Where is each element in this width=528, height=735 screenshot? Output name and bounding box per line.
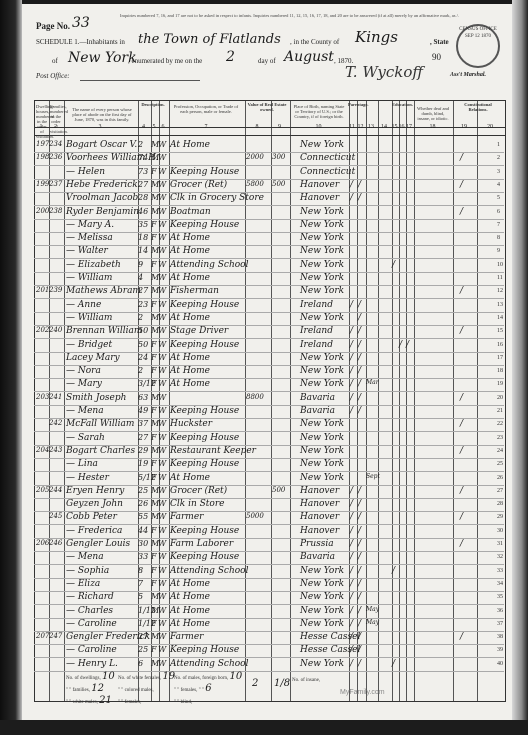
birthplace: New York	[300, 233, 344, 243]
page-number-label: Page No.	[36, 21, 70, 31]
col-num: 11	[348, 124, 356, 130]
person-name: Bogart Oscar V.	[66, 140, 137, 150]
mother-foreign-mark: /	[358, 579, 361, 589]
sex: F	[151, 233, 157, 242]
color: W	[158, 273, 166, 282]
occupation: Keeping House	[170, 552, 239, 562]
birthplace: New York	[300, 659, 344, 669]
person-name: — Mena	[66, 552, 104, 562]
male-citizen-mark: /	[460, 512, 463, 522]
mother-foreign-mark: /	[358, 406, 361, 416]
age: 14	[138, 246, 148, 255]
birthplace: Connecticut	[300, 153, 355, 163]
col-num: 8	[244, 124, 270, 130]
birthplace: New York	[300, 433, 344, 443]
mother-foreign-mark: /	[358, 393, 361, 403]
age: 24	[138, 353, 148, 362]
occupation: Grocer (Ret)	[170, 486, 227, 496]
line-number: 38	[497, 634, 503, 640]
personal-estate-value: 500	[272, 486, 285, 494]
mother-foreign-mark: /	[358, 326, 361, 336]
male-citizen-mark: /	[460, 180, 463, 190]
person-name: Geyzen John	[66, 499, 123, 509]
age: 2	[138, 366, 143, 375]
dwelling-number: 202	[36, 326, 49, 334]
line-number: 13	[497, 302, 503, 308]
occupation: At Home	[170, 579, 210, 589]
birthplace: New York	[300, 140, 344, 150]
person-name: — William	[66, 273, 112, 283]
col-header-disability: Whether deaf and dumb, blind, insane, or…	[415, 106, 451, 121]
locality: the Town of Flatlands	[138, 32, 281, 47]
col-num: 4	[137, 124, 150, 130]
color: W	[158, 579, 166, 588]
col-header-dwelling: Dwelling-houses, numbered in the order o…	[36, 104, 48, 139]
color: W	[158, 459, 166, 468]
birthplace: Ireland	[300, 300, 333, 310]
person-name: — Richard	[66, 592, 114, 602]
person-name: — Bridget	[66, 340, 112, 350]
age: 23	[138, 300, 148, 309]
male-citizen-mark: /	[460, 326, 463, 336]
age: 9	[138, 260, 143, 269]
line-number: 26	[497, 475, 503, 481]
age: 27	[138, 632, 148, 641]
line-number: 24	[497, 448, 503, 454]
color: W	[158, 473, 166, 482]
summary-dwellings: No. of dwellings, 10	[66, 671, 115, 682]
occupation: At Home	[170, 606, 210, 616]
occupation: Clk in Grocery Store	[170, 193, 264, 203]
col-header-birthplace: Place of Birth, naming State or Territor…	[292, 104, 346, 119]
summary-families: " " families, 12	[66, 683, 104, 694]
line-number: 20	[497, 395, 503, 401]
real-estate-value: 5000	[246, 512, 264, 520]
mother-foreign-mark: /	[358, 313, 361, 323]
color: W	[158, 645, 166, 654]
birthplace: New York	[300, 273, 344, 283]
sex: F	[151, 566, 157, 575]
col-num: 17	[405, 124, 413, 130]
father-foreign-mark: /	[350, 366, 353, 376]
color: W	[158, 619, 166, 628]
col-num: 12	[356, 124, 365, 130]
person-name: — Frederica	[66, 526, 122, 536]
color: W	[158, 193, 166, 202]
father-foreign-mark: /	[350, 579, 353, 589]
age: 2	[138, 313, 143, 322]
color: W	[158, 340, 166, 349]
sex: F	[151, 459, 157, 468]
line-number: 9	[497, 248, 500, 254]
family-number: 242	[49, 419, 62, 427]
occupation: Attending School	[170, 566, 248, 576]
age: 35	[138, 220, 148, 229]
mother-foreign-mark: /	[358, 659, 361, 669]
personal-estate-value: 300	[272, 153, 285, 161]
sex: F	[151, 366, 157, 375]
occupation: At Home	[170, 619, 210, 629]
color: W	[158, 659, 166, 668]
line-number: 34	[497, 581, 503, 587]
post-office-label: Post Office:	[36, 72, 70, 80]
mother-foreign-mark: /	[358, 539, 361, 549]
color: W	[158, 366, 166, 375]
dwelling-number: 201	[36, 286, 49, 294]
family-number: 245	[49, 512, 62, 520]
sex: F	[151, 526, 157, 535]
col-num: 15	[391, 124, 398, 130]
occupation: Attending School	[170, 659, 248, 669]
dwelling-number: 205	[36, 486, 49, 494]
summary-white-females: No. of white females, 19	[118, 671, 175, 682]
father-foreign-mark: /	[350, 552, 353, 562]
mother-foreign-mark: /	[358, 486, 361, 496]
instructions-text: Inquiries numbered 7, 16, and 17 are not…	[120, 13, 480, 18]
col-num: 20	[476, 124, 504, 130]
line-number: 2	[497, 155, 500, 161]
color: W	[158, 233, 166, 242]
birthplace: Hanover	[300, 512, 339, 522]
male-citizen-mark: /	[460, 419, 463, 429]
age: 73	[138, 167, 148, 176]
person-name: Ryder Benjamin	[66, 207, 139, 217]
occupation: Keeping House	[170, 220, 239, 230]
family-number: 247	[49, 632, 62, 640]
male-citizen-mark: /	[460, 393, 463, 403]
birthplace: New York	[300, 313, 344, 323]
father-foreign-mark: /	[350, 193, 353, 203]
line-number: 22	[497, 421, 503, 427]
father-foreign-mark: /	[350, 326, 353, 336]
color: W	[158, 153, 166, 162]
age: 25	[138, 486, 148, 495]
occupation: Restaurant Keeper	[170, 446, 256, 456]
person-name: Smith Joseph	[66, 393, 126, 403]
occupation: Fisherman	[170, 286, 219, 296]
sex: F	[151, 300, 157, 309]
age: 74	[138, 153, 148, 162]
family-number: 234	[49, 140, 62, 148]
person-name: — Elizabeth	[66, 260, 121, 270]
birthplace: New York	[300, 366, 344, 376]
age: 26	[138, 499, 148, 508]
mother-foreign-mark: /	[358, 645, 361, 655]
mother-foreign-mark: /	[358, 300, 361, 310]
occupation: Clk in Store	[170, 499, 224, 509]
age: 6	[138, 659, 143, 668]
father-foreign-mark: /	[350, 180, 353, 190]
birthplace: New York	[300, 220, 344, 230]
scan-bottom-border	[0, 720, 528, 735]
sex: F	[151, 167, 157, 176]
person-name: — Melissa	[66, 233, 113, 243]
birthplace: New York	[300, 260, 344, 270]
summary-foreign-females: " " females, " " 6	[174, 683, 212, 694]
dwelling-number: 198	[36, 153, 49, 161]
sex: F	[151, 379, 157, 388]
line-number: 39	[497, 647, 503, 653]
day-label: day of	[258, 57, 276, 65]
birthplace: New York	[300, 459, 344, 469]
color: W	[158, 419, 166, 428]
occupation: At Home	[170, 313, 210, 323]
color: W	[158, 632, 166, 641]
age: 27	[138, 286, 148, 295]
age: 27	[138, 433, 148, 442]
marshal-label: Ass't Marshal.	[450, 72, 486, 78]
father-foreign-mark: /	[350, 606, 353, 616]
census-office-stamp: CENSUS OFFICE SEP 12 1870	[456, 24, 500, 68]
occupation: At Home	[170, 246, 210, 256]
enumerated-label: , enumerated by me on the	[128, 57, 202, 65]
family-number: 237	[49, 180, 62, 188]
occupation: At Home	[170, 379, 210, 389]
age: 30	[138, 539, 148, 548]
birthplace: New York	[300, 566, 344, 576]
line-number: 4	[497, 182, 500, 188]
sex: F	[151, 340, 157, 349]
line-number: 36	[497, 608, 503, 614]
birthplace: New York	[300, 592, 344, 602]
person-name: — Mary A.	[66, 220, 114, 230]
birthplace: New York	[300, 379, 344, 389]
color: W	[158, 446, 166, 455]
sex: F	[151, 220, 157, 229]
family-number: 238	[49, 207, 62, 215]
line-number: 12	[497, 288, 503, 294]
person-name: — Mena	[66, 406, 104, 416]
personal-estate-value: 500	[272, 180, 285, 188]
birthplace: New York	[300, 619, 344, 629]
occupation: Farmer	[170, 632, 203, 642]
age: 50	[138, 340, 148, 349]
person-name: — Caroline	[66, 619, 117, 629]
age: 5	[138, 592, 143, 601]
occupation: Keeping House	[170, 459, 239, 469]
male-citizen-mark: /	[460, 632, 463, 642]
group-header-parentage: Parentage.	[348, 102, 366, 107]
person-name: Cobb Peter	[66, 512, 117, 522]
of-label: of	[52, 57, 58, 65]
age: 4	[138, 273, 143, 282]
birthplace: New York	[300, 246, 344, 256]
father-foreign-mark: /	[350, 300, 353, 310]
birth-month: Mar	[366, 379, 379, 386]
male-citizen-mark: /	[460, 286, 463, 296]
occupation: Huckster	[170, 419, 212, 429]
age: 18	[138, 233, 148, 242]
birthplace: Ireland	[300, 326, 333, 336]
myfamily-watermark: MyFamily.com	[340, 689, 385, 696]
color: W	[158, 300, 166, 309]
col-num: 2	[48, 124, 63, 130]
family-number: 241	[49, 393, 62, 401]
color: W	[158, 393, 166, 402]
line-number: 8	[497, 235, 500, 241]
line-number: 40	[497, 661, 503, 667]
person-name: — Caroline	[66, 645, 117, 655]
col-num: 5	[150, 124, 158, 130]
real-estate-value: 2000	[246, 153, 264, 161]
birthplace: New York	[300, 353, 344, 363]
col-num: 14	[377, 124, 391, 130]
group-header-value: Value of Real Estate owned.	[246, 102, 288, 112]
mother-foreign-mark: /	[358, 512, 361, 522]
occupation: Keeping House	[170, 406, 239, 416]
summary-blind: " " blind,	[174, 695, 192, 706]
age: 7	[138, 579, 143, 588]
line-number: 21	[497, 408, 503, 414]
birthplace: Hanover	[300, 499, 339, 509]
person-name: — Hester	[66, 473, 109, 483]
dwelling-number: 199	[36, 180, 49, 188]
real-estate-value: 5800	[246, 180, 264, 188]
mother-foreign-mark: /	[358, 193, 361, 203]
father-foreign-mark: /	[350, 526, 353, 536]
mother-foreign-mark: /	[358, 566, 361, 576]
father-foreign-mark: /	[350, 512, 353, 522]
col-num: 13	[365, 124, 377, 130]
person-name: Lacey Mary	[66, 353, 120, 363]
col-num: 9	[270, 124, 289, 130]
age: 29	[138, 446, 148, 455]
color: W	[158, 353, 166, 362]
occupation: At Home	[170, 140, 210, 150]
summary-insane: No. of insane,	[292, 673, 320, 684]
occupation: Keeping House	[170, 433, 239, 443]
person-name: — Walter	[66, 246, 108, 256]
person-name: — Charles	[66, 606, 113, 616]
color: W	[158, 167, 166, 176]
sex: F	[151, 579, 157, 588]
age: 19	[138, 459, 148, 468]
col-num: 19	[452, 124, 476, 130]
line-number: 31	[497, 541, 503, 547]
birthplace: New York	[300, 606, 344, 616]
color: W	[158, 566, 166, 575]
color: W	[158, 260, 166, 269]
color: W	[158, 326, 166, 335]
header-divider	[35, 135, 505, 136]
birthplace: Hanover	[300, 526, 339, 536]
color: W	[158, 406, 166, 415]
birthplace: Connecticut	[300, 167, 355, 177]
birthplace: Prussia	[300, 539, 334, 549]
age: 63	[138, 393, 148, 402]
dwelling-number: 203	[36, 393, 49, 401]
father-foreign-mark: /	[350, 486, 353, 496]
summary-white-males: " " white males, 21	[66, 695, 112, 706]
line-number: 37	[497, 621, 503, 627]
birthplace: Ireland	[300, 340, 333, 350]
county-label: , in the County of	[290, 38, 339, 46]
enumeration-month: August	[284, 49, 334, 65]
age: 55	[138, 512, 148, 521]
line-number: 5	[497, 195, 500, 201]
color: W	[158, 433, 166, 442]
age: 28	[138, 193, 148, 202]
occupation: At Home	[170, 233, 210, 243]
line-number: 35	[497, 594, 503, 600]
mother-foreign-mark: /	[358, 606, 361, 616]
color: W	[158, 512, 166, 521]
birth-month: May	[366, 619, 379, 626]
occupation: At Home	[170, 473, 210, 483]
father-foreign-mark: /	[350, 645, 353, 655]
dwelling-number: 206	[36, 539, 49, 547]
occupation: At Home	[170, 592, 210, 602]
family-number: 239	[49, 286, 62, 294]
birthplace: New York	[300, 473, 344, 483]
mother-foreign-mark: /	[358, 499, 361, 509]
col-num: 10	[289, 124, 348, 130]
col-num: 7	[168, 124, 244, 130]
person-name: Gengler Louis	[66, 539, 130, 549]
mother-foreign-mark: /	[358, 366, 361, 376]
male-citizen-mark: /	[460, 207, 463, 217]
family-number: 244	[49, 486, 62, 494]
color: W	[158, 552, 166, 561]
enumeration-day: 2	[226, 49, 235, 65]
birthplace: New York	[300, 446, 344, 456]
father-foreign-mark: /	[350, 393, 353, 403]
age: 50	[138, 326, 148, 335]
age: 25	[138, 645, 148, 654]
line-number: 7	[497, 222, 500, 228]
dwelling-number: 200	[36, 207, 49, 215]
sex: F	[151, 260, 157, 269]
color: W	[158, 313, 166, 322]
color: W	[158, 526, 166, 535]
mother-foreign-mark: /	[358, 552, 361, 562]
age: 46	[138, 207, 148, 216]
color: W	[158, 180, 166, 189]
age: 27	[138, 180, 148, 189]
mother-foreign-mark: /	[358, 592, 361, 602]
real-estate-value: 8800	[246, 393, 264, 401]
sex: F	[151, 473, 157, 482]
person-name: Hebe Frederick	[66, 180, 138, 190]
color: W	[158, 140, 166, 149]
line-number: 18	[497, 368, 503, 374]
occupation: Grocer (Ret)	[170, 180, 227, 190]
line-number: 27	[497, 488, 503, 494]
birthplace: New York	[300, 207, 344, 217]
person-name: Vroolman Jacob	[66, 193, 138, 203]
person-name: — Anne	[66, 300, 101, 310]
line-number: 17	[497, 355, 503, 361]
line-number: 28	[497, 501, 503, 507]
occupation: Keeping House	[170, 645, 239, 655]
birthplace: Hanover	[300, 180, 339, 190]
summary-col9-tally: 1/8	[274, 678, 290, 689]
birthplace: Bavaria	[300, 393, 335, 403]
occupation: Keeping House	[170, 300, 239, 310]
father-foreign-mark: /	[350, 353, 353, 363]
color: W	[158, 220, 166, 229]
sex: F	[151, 433, 157, 442]
mother-foreign-mark: /	[358, 619, 361, 629]
person-name: Brennan William	[66, 326, 142, 336]
person-name: — Sarah	[66, 433, 105, 443]
birthplace: Hanover	[300, 486, 339, 496]
occupation: At Home	[170, 353, 210, 363]
person-name: Bogart Charles	[66, 446, 135, 456]
person-name: — Helen	[66, 167, 105, 177]
person-name: — Henry L.	[66, 659, 118, 669]
county: Kings	[355, 28, 398, 46]
